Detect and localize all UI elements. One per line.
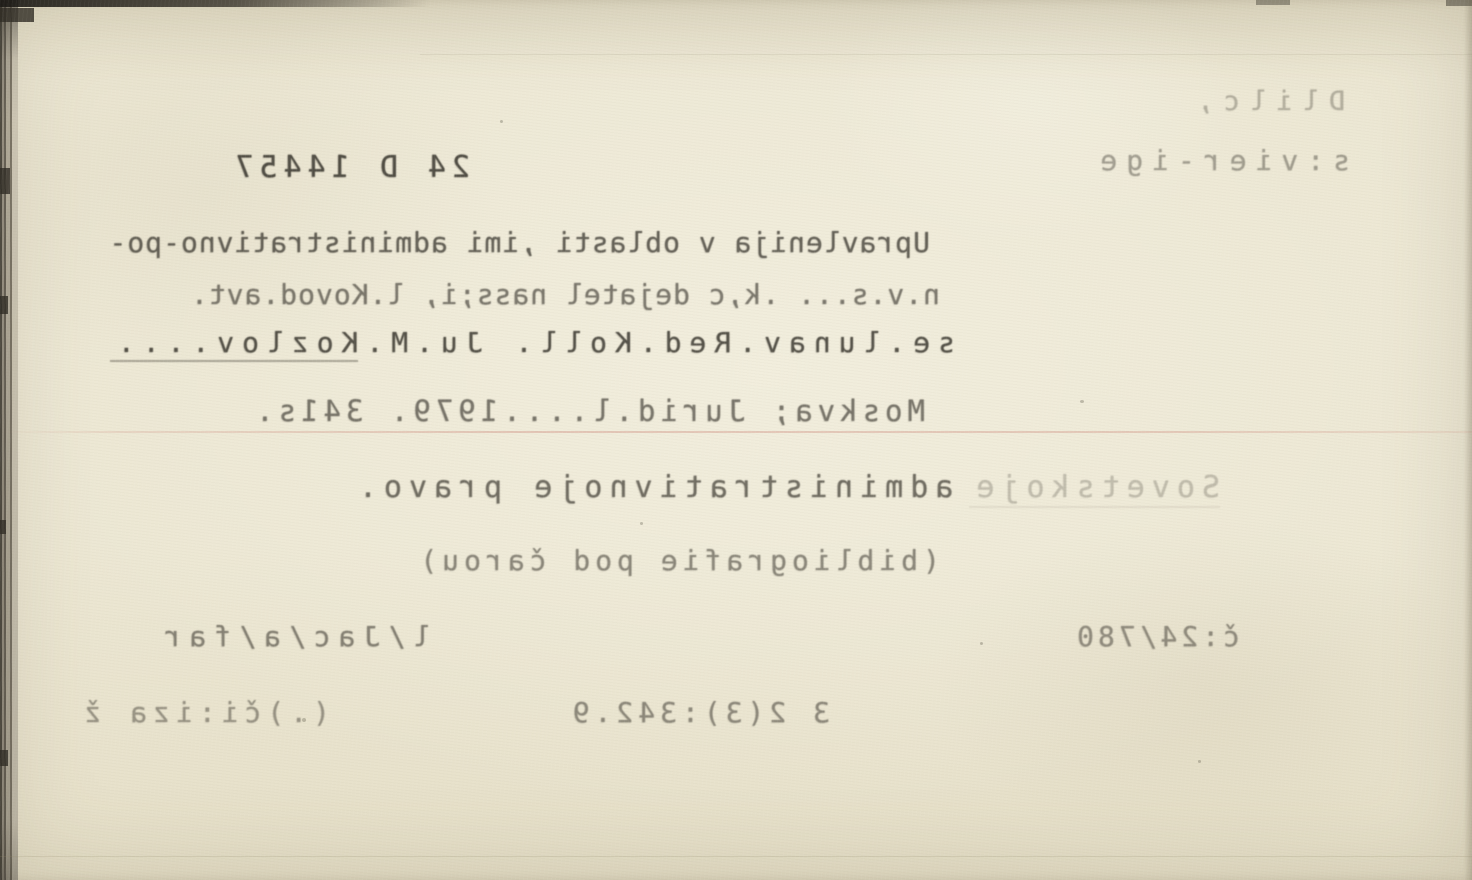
- accession-number: č:24/780: [1073, 620, 1240, 653]
- mirrored-text-layer: Dlilc, s:vier-ige 24 D 14457 Upravlenija…: [0, 0, 1472, 880]
- classification-right: (.)či:iza ž: [79, 696, 330, 729]
- bibliography-note: (bibliografie pod čarou): [415, 544, 940, 577]
- processing-marks: l/Jac/a/far: [157, 620, 430, 653]
- editor-name-underlined: Kozlov....: [110, 326, 359, 362]
- body-line-3: se.lunav.Red.Koll. Ju.M.Kozlov....: [110, 326, 955, 359]
- body-line-1: Upravlenija v oblasti ,imi administrativ…: [109, 226, 930, 259]
- body-line-3-start: se.lunav.Red.Koll. Ju.M.: [358, 326, 955, 359]
- shelf-mark: 24 D 14457: [229, 150, 470, 185]
- imprint-line: Moskva; Jurid.l....1979. 341s.: [251, 394, 925, 428]
- card-heading-line-1: Dlilc,: [1187, 86, 1345, 117]
- title-rest: administrativnoje pravo.: [352, 470, 953, 505]
- title-line: Sovetskojeadministrativnoje pravo.: [352, 470, 1220, 505]
- scanned-card: Dlilc, s:vier-ige 24 D 14457 Upravlenija…: [0, 0, 1472, 880]
- body-line-2: n.v.s... .k,c dejatel nass;i, l.Kovod.av…: [190, 278, 940, 311]
- classification-left: 3 2(3):342.9: [568, 696, 830, 729]
- card-heading-line-2: s:vier-ige: [1091, 144, 1350, 177]
- title-word-underlined: Sovetskoje: [969, 470, 1220, 508]
